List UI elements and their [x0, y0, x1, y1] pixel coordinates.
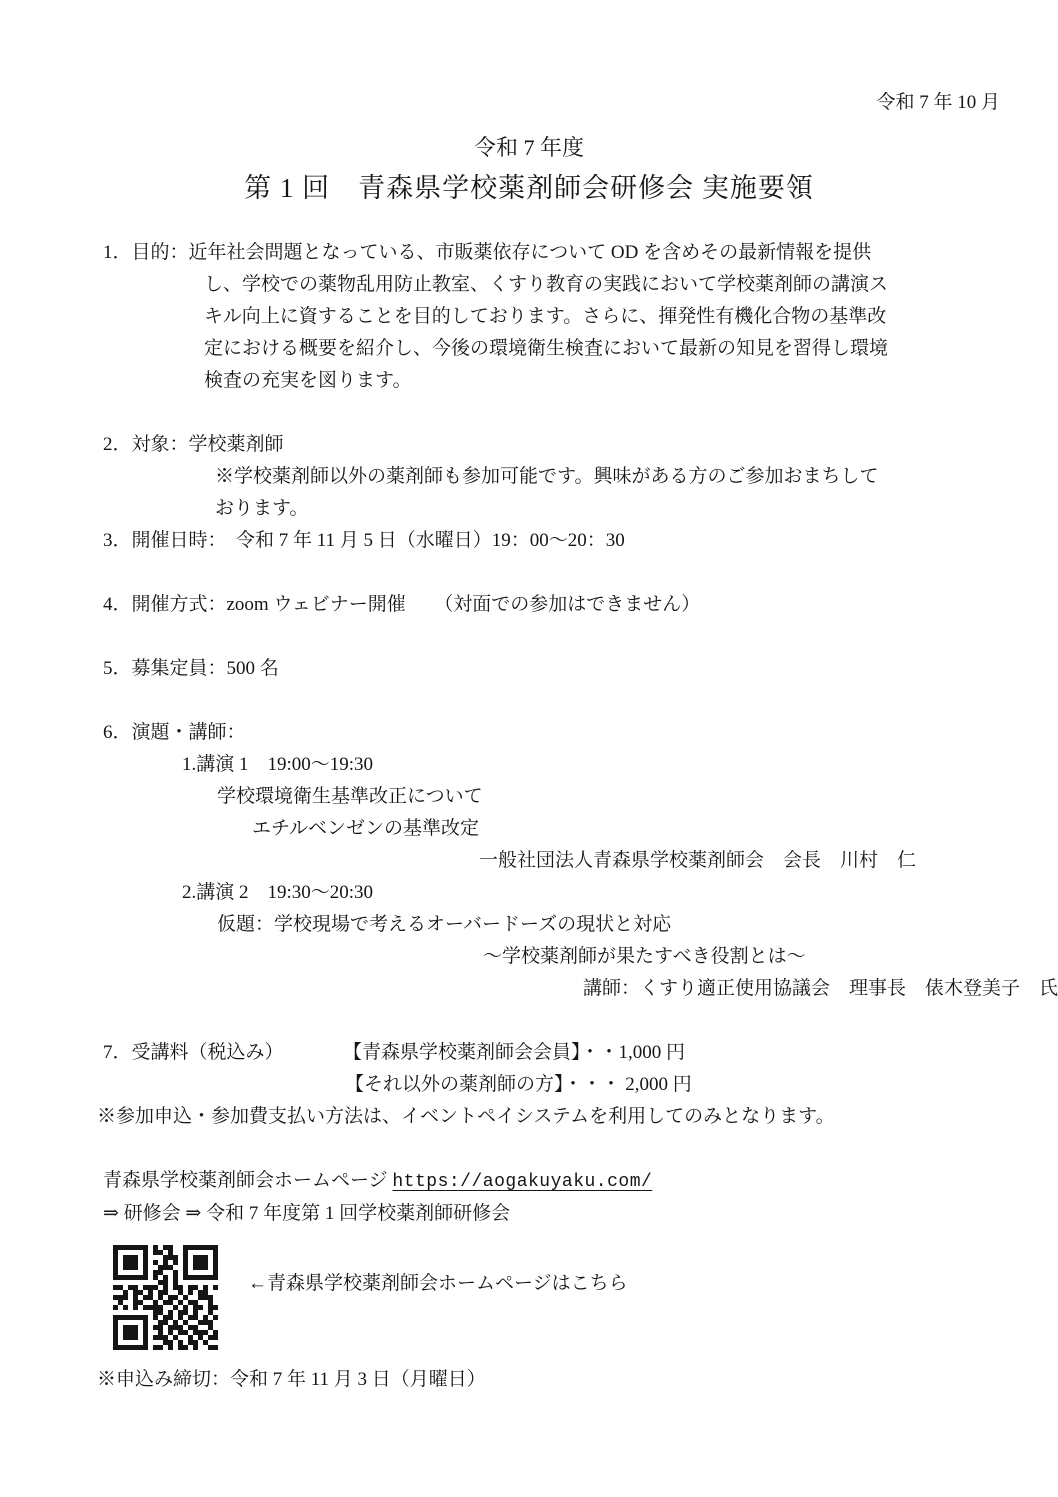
lecture1-title: 学校環境衛生基準改正について	[217, 781, 1058, 813]
target-note: おります。	[215, 493, 1058, 525]
lecture2-subtitle: ～学校薬剤師が果たすべき役割とは～	[483, 941, 1058, 973]
program-heading: 6．演題・講師：	[103, 717, 1058, 749]
issue-date: 令和 7 年 10 月	[0, 87, 1000, 119]
document-title-main: 第 1 回 青森県学校薬剤師会研修会 実施要領	[0, 168, 1058, 208]
format-line: 4．開催方式：zoom ウェビナー開催 （対面での参加はできません）	[103, 589, 1058, 621]
target-heading: 2．対象：学校薬剤師	[103, 429, 1058, 461]
lecture2-header: 2.講演 2 19:30～20:30	[182, 877, 1058, 909]
payment-note: ※参加申込・参加費支払い方法は、イベントペイシステムを利用してのみとなります。	[97, 1101, 1058, 1133]
qr-caption: ←青森県学校薬剤師会ホームページはこちら	[248, 1245, 628, 1300]
fee-member: 【青森県学校薬剤師会会員】・・1,000 円	[343, 1042, 685, 1063]
fee-label: 7．受講料（税込み）	[103, 1037, 343, 1069]
purpose-line: し、学校での薬物乱用防止教室、くすり教育の実践において学校薬剤師の講演ス	[204, 269, 1058, 301]
homepage-nav-path: ⇒ 研修会 ⇒ 令和 7 年度第 1 回学校薬剤師研修会	[103, 1198, 1058, 1230]
lecture1-speaker: 一般社団法人青森県学校薬剤師会 会長 川村 仁	[479, 845, 1058, 877]
homepage-link[interactable]: https://aogakuyaku.com/	[392, 1172, 652, 1192]
purpose-line: 定における概要を紹介し、今後の環境衛生検査において最新の知見を習得し環境	[204, 333, 1058, 365]
qr-code	[113, 1245, 218, 1350]
purpose-line: 検査の充実を図ります。	[204, 365, 1058, 397]
lecture2-speaker: 講師：くすり適正使用協議会 理事長 俵木登美子 氏	[583, 973, 1058, 1005]
target-note: ※学校薬剤師以外の薬剤師も参加可能です。興味がある方のご参加おまちして	[215, 461, 1058, 493]
capacity-line: 5．募集定員：500 名	[103, 653, 1058, 685]
homepage-label: 青森県学校薬剤師会ホームページ	[103, 1170, 392, 1191]
lecture1-subtitle: エチルベンゼンの基準改定	[252, 813, 1058, 845]
datetime-line: 3．開催日時： 令和 7 年 11 月 5 日（水曜日）19：00～20：30	[103, 525, 1058, 557]
homepage-row: 青森県学校薬剤師会ホームページ https://aogakuyaku.com/	[103, 1165, 1058, 1198]
lecture2-title: 仮題：学校現場で考えるオーバードーズの現状と対応	[217, 909, 1058, 941]
purpose-line: キル向上に資することを目的しております。さらに、揮発性有機化合物の基準改	[204, 301, 1058, 333]
fee-nonmember: 【それ以外の薬剤師の方】・・・ 2,000 円	[345, 1069, 1058, 1101]
fee-row: 7．受講料（税込み）【青森県学校薬剤師会会員】・・1,000 円	[103, 1037, 1058, 1069]
document-title-year: 令和 7 年度	[0, 131, 1058, 165]
purpose-line: 1．目的：近年社会問題となっている、市販薬依存について OD を含めその最新情報…	[103, 237, 1058, 269]
document-page: 令和 7 年 10 月 令和 7 年度 第 1 回 青森県学校薬剤師会研修会 実…	[0, 0, 1058, 1497]
deadline-line: ※申込み締切：令和 7 年 11 月 3 日（月曜日）	[97, 1364, 1058, 1396]
lecture1-header: 1.講演 1 19:00～19:30	[182, 749, 1058, 781]
qr-block: ←青森県学校薬剤師会ホームページはこちら	[113, 1245, 1058, 1350]
